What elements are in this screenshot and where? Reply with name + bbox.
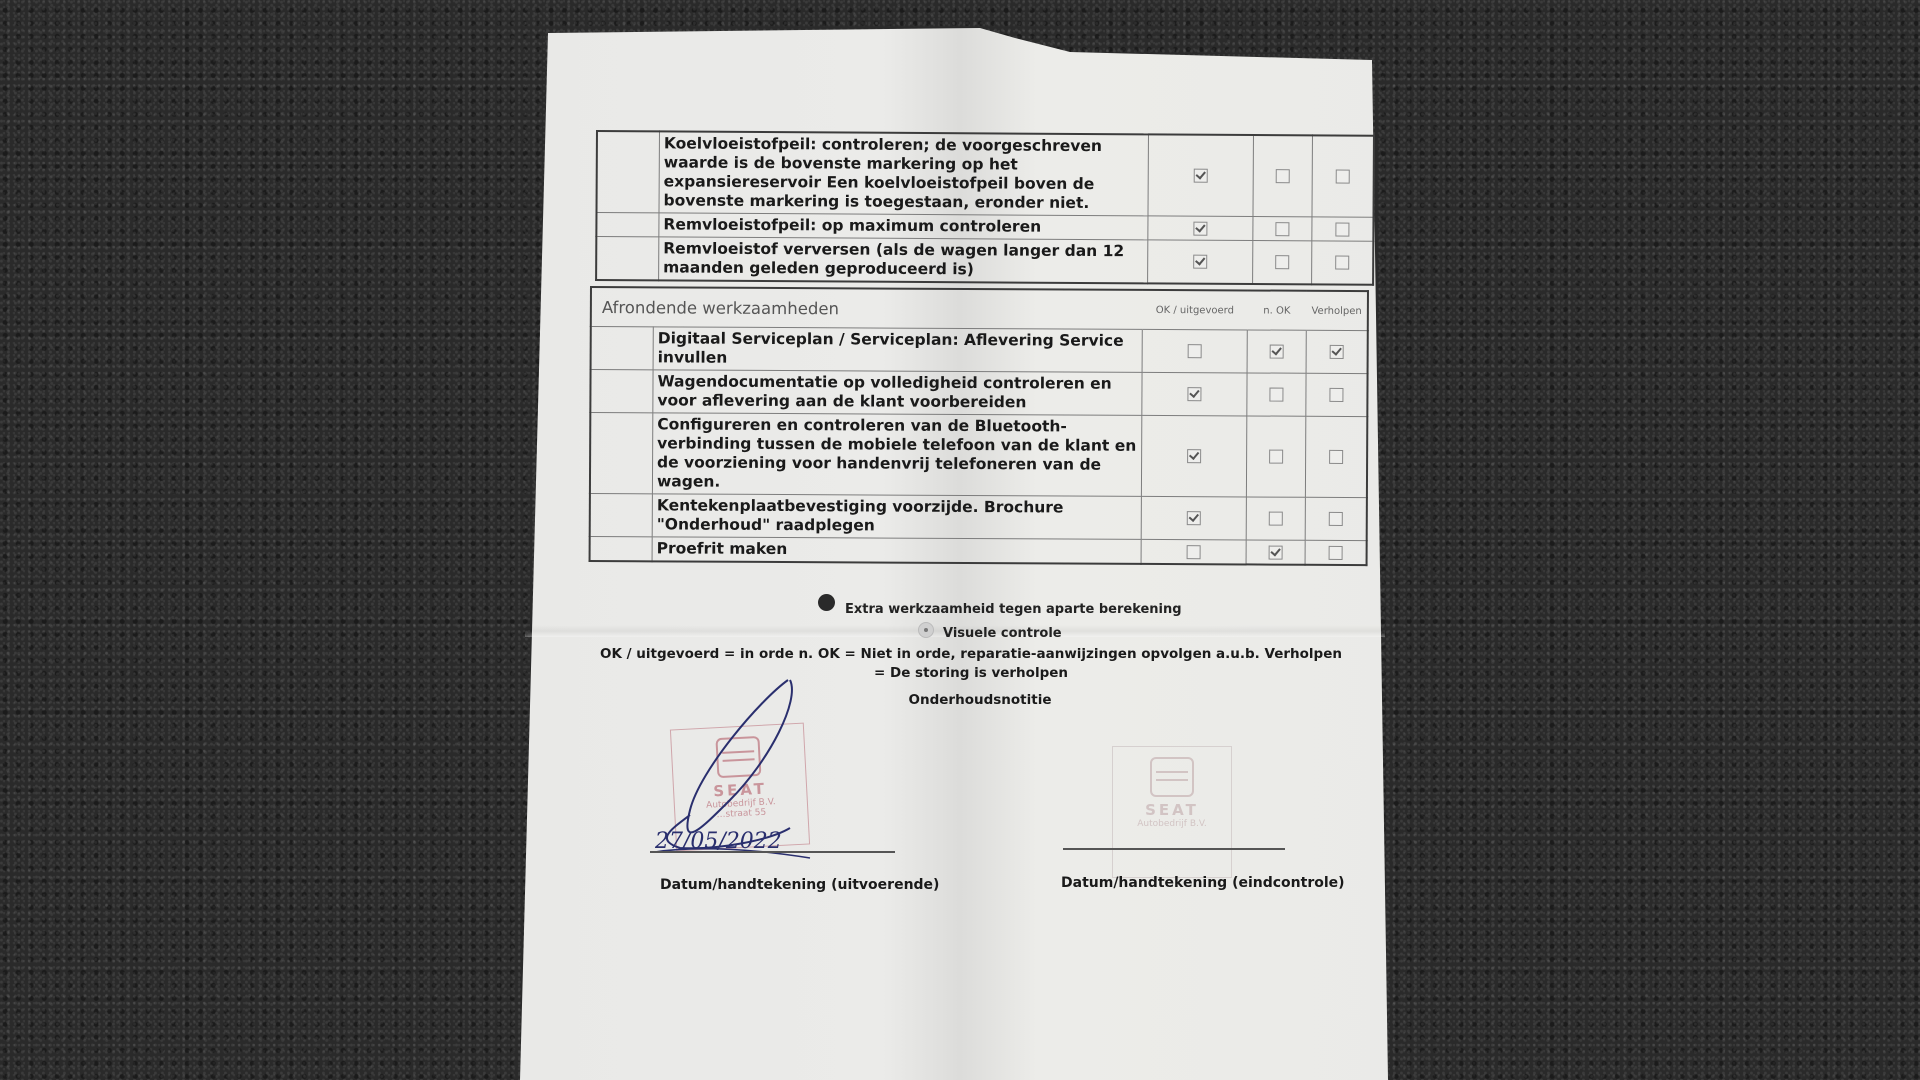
- table-row: Wagendocumentatie op volledigheid contro…: [590, 370, 1367, 417]
- maintenance-notes-title: Onderhoudsnotitie: [880, 692, 1080, 708]
- row-marker-cell: [590, 370, 653, 413]
- task-description: Digitaal Serviceplan / Serviceplan: Afle…: [653, 327, 1142, 373]
- fixed-checkbox: [1305, 497, 1367, 540]
- row-marker-cell: [596, 237, 659, 281]
- fixed-checkbox: [1305, 540, 1367, 565]
- task-description: Remvloeistofpeil: op maximum controleren: [659, 213, 1148, 240]
- legend-visual-check: Visuele controle: [943, 626, 1062, 641]
- task-description: Wagendocumentatie op volledigheid contro…: [653, 370, 1142, 416]
- not-ok-checkbox: [1247, 373, 1306, 416]
- section-title: Afrondende werkzaamheden: [591, 287, 1143, 329]
- fixed-checkbox: [1312, 217, 1374, 241]
- row-marker-cell: [590, 494, 653, 537]
- row-marker-cell: [596, 131, 659, 213]
- empty-checkbox-icon[interactable]: [1336, 170, 1350, 184]
- ok-checkbox: [1148, 134, 1253, 216]
- checked-checkbox-icon[interactable]: [1194, 169, 1208, 183]
- ok-checkbox: [1148, 216, 1253, 241]
- fixed-checkbox: [1305, 416, 1367, 497]
- empty-checkbox-icon[interactable]: [1329, 450, 1343, 464]
- empty-checkbox-icon[interactable]: [1275, 222, 1289, 236]
- empty-checkbox-icon[interactable]: [1187, 545, 1201, 559]
- seat-logo-icon: [1150, 757, 1194, 797]
- task-description: Remvloeistof verversen (als de wagen lan…: [659, 237, 1148, 283]
- fixed-checkbox: [1312, 135, 1374, 217]
- ok-checkbox: [1142, 329, 1247, 373]
- column-header-verholpen: Verholpen: [1306, 291, 1368, 331]
- dealer-stamp-right: SEAT Autobedrijf B.V.: [1112, 746, 1232, 878]
- seat-logo-icon: [715, 736, 761, 778]
- empty-checkbox-icon[interactable]: [1335, 222, 1349, 236]
- visual-check-bullet-icon: [918, 622, 934, 638]
- not-ok-checkbox: [1246, 497, 1305, 540]
- empty-checkbox-icon[interactable]: [1269, 450, 1283, 464]
- checked-checkbox-icon[interactable]: [1330, 345, 1344, 359]
- task-description: Kentekenplaatbevestiging voorzijde. Broc…: [652, 494, 1141, 540]
- extra-work-bullet-icon: [818, 594, 835, 611]
- fixed-checkbox: [1312, 241, 1374, 285]
- ok-checkbox: [1141, 415, 1246, 497]
- empty-checkbox-icon[interactable]: [1335, 256, 1349, 270]
- signature-label-left: Datum/handtekening (uitvoerende): [660, 877, 939, 893]
- table-row: Digitaal Serviceplan / Serviceplan: Afle…: [591, 327, 1368, 374]
- not-ok-checkbox: [1247, 330, 1306, 373]
- empty-checkbox-icon[interactable]: [1269, 388, 1283, 402]
- checked-checkbox-icon[interactable]: [1193, 255, 1207, 269]
- table-row: Kentekenplaatbevestiging voorzijde. Broc…: [590, 494, 1367, 541]
- stamp-brand: SEAT: [1113, 801, 1231, 819]
- checked-checkbox-icon[interactable]: [1269, 545, 1283, 559]
- column-header-ok: OK / uitgevoerd: [1142, 290, 1247, 330]
- row-marker-cell: [596, 213, 659, 237]
- empty-checkbox-icon[interactable]: [1269, 512, 1283, 526]
- row-marker-cell: [590, 537, 653, 562]
- table-row: Koelvloeistofpeil: controleren; de voorg…: [596, 131, 1373, 217]
- not-ok-checkbox: [1253, 135, 1312, 217]
- empty-checkbox-icon[interactable]: [1276, 169, 1290, 183]
- empty-checkbox-icon[interactable]: [1329, 388, 1343, 402]
- empty-checkbox-icon[interactable]: [1188, 344, 1202, 358]
- checklist-table-final: Afrondende werkzaamheden OK / uitgevoerd…: [589, 286, 1369, 566]
- dealer-stamp-left: SEAT Autobedrijf B.V. …straat 55: [670, 723, 810, 852]
- row-marker-cell: [590, 413, 653, 494]
- not-ok-checkbox: [1253, 217, 1312, 241]
- task-description: Configureren en controleren van de Bluet…: [652, 413, 1141, 497]
- ok-checkbox: [1142, 372, 1247, 416]
- section-header-row: Afrondende werkzaamheden OK / uitgevoerd…: [591, 287, 1368, 331]
- empty-checkbox-icon[interactable]: [1275, 255, 1289, 269]
- checked-checkbox-icon[interactable]: [1187, 387, 1201, 401]
- task-description: Proefrit maken: [652, 537, 1141, 564]
- legend-explanation: OK / uitgevoerd = in orde n. OK = Niet i…: [595, 645, 1347, 683]
- row-marker-cell: [591, 327, 654, 370]
- column-header-n-ok: n. OK: [1247, 290, 1306, 330]
- checked-checkbox-icon[interactable]: [1187, 449, 1201, 463]
- legend-extra-work: Extra werkzaamheid tegen aparte berekeni…: [845, 602, 1182, 617]
- task-description: Koelvloeistofpeil: controleren; de voorg…: [659, 131, 1148, 215]
- table-row: Proefrit maken: [590, 537, 1367, 566]
- ok-checkbox: [1141, 496, 1246, 540]
- checked-checkbox-icon[interactable]: [1187, 511, 1201, 525]
- empty-checkbox-icon[interactable]: [1329, 512, 1343, 526]
- table-row: Remvloeistof verversen (als de wagen lan…: [596, 237, 1373, 285]
- not-ok-checkbox: [1246, 540, 1305, 565]
- ok-checkbox: [1148, 240, 1253, 284]
- checklist-table-fluids: Koelvloeistofpeil: controleren; de voorg…: [595, 130, 1375, 286]
- checked-checkbox-icon[interactable]: [1193, 221, 1207, 235]
- checked-checkbox-icon[interactable]: [1270, 345, 1284, 359]
- not-ok-checkbox: [1246, 416, 1305, 497]
- fixed-checkbox: [1306, 373, 1368, 416]
- signature-line-right: [1063, 848, 1285, 850]
- table-row: Configureren en controleren van de Bluet…: [590, 413, 1367, 498]
- not-ok-checkbox: [1253, 241, 1312, 285]
- fixed-checkbox: [1306, 330, 1368, 373]
- stamp-line-1: Autobedrijf B.V.: [1113, 819, 1231, 829]
- signature-line-left: [650, 851, 895, 853]
- signature-label-right: Datum/handtekening (eindcontrole): [1061, 875, 1345, 891]
- ok-checkbox: [1141, 539, 1246, 564]
- empty-checkbox-icon[interactable]: [1329, 545, 1343, 559]
